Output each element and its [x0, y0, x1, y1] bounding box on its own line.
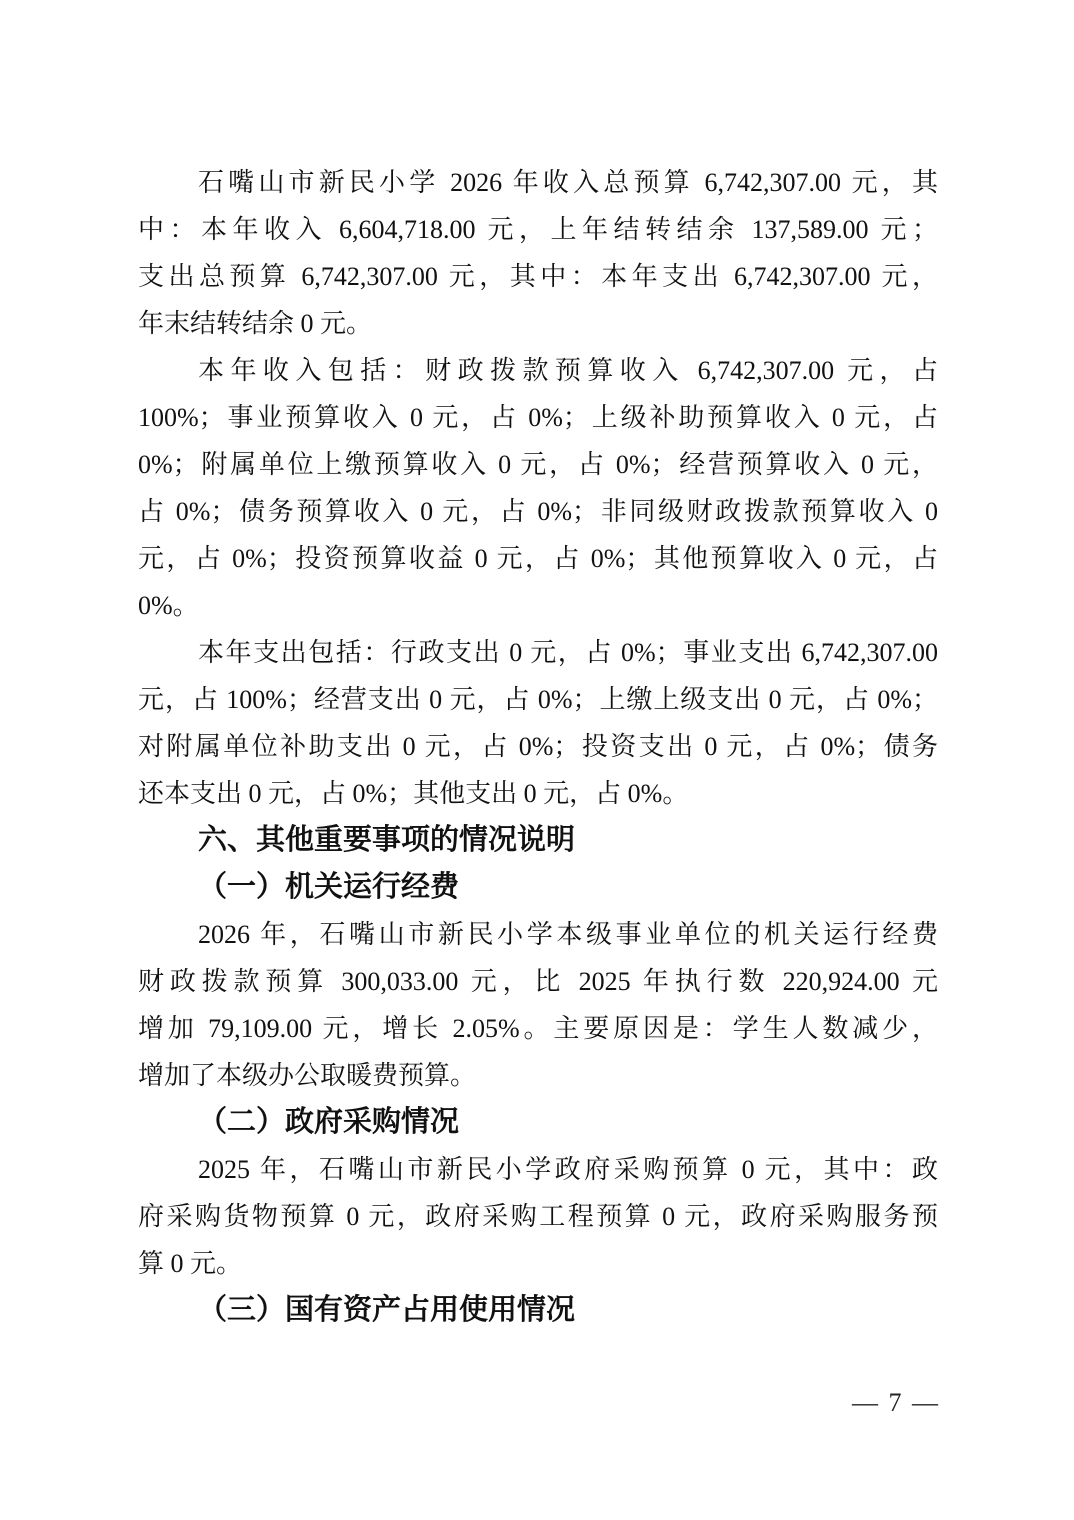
text-line: 增加 79,109.00 元，增长 2.05%。主要原因是：学生人数减少，: [138, 1005, 938, 1052]
text-line: 年末结转结余 0 元。: [138, 300, 938, 347]
text-line: 100%；事业预算收入 0 元，占 0%；上级补助预算收入 0 元，占: [138, 394, 938, 441]
text-line: 支出总预算 6,742,307.00 元，其中：本年支出 6,742,307.0…: [138, 253, 938, 300]
section-heading-other-important-matters: 六、其他重要事项的情况说明: [138, 817, 938, 864]
paragraph-expenditure-breakdown: 本年支出包括：行政支出 0 元，占 0%；事业支出 6,742,307.00元，…: [138, 629, 938, 817]
text-line: 算 0 元。: [138, 1240, 938, 1287]
subsection-heading-state-owned-assets: （三）国有资产占用使用情况: [138, 1287, 938, 1334]
text-line: 还本支出 0 元，占 0%；其他支出 0 元，占 0%。: [138, 770, 938, 817]
text-line: （三）国有资产占用使用情况: [138, 1287, 938, 1334]
paragraph-budget-totals: 石嘴山市新民小学 2026 年收入总预算 6,742,307.00 元，其中：本…: [138, 159, 938, 347]
text-line: 元，占 0%；投资预算收益 0 元，占 0%；其他预算收入 0 元，占: [138, 535, 938, 582]
text-line: 占 0%；债务预算收入 0 元，占 0%；非同级财政拨款预算收入 0: [138, 488, 938, 535]
text-line: 0%；附属单位上缴预算收入 0 元，占 0%；经营预算收入 0 元，: [138, 441, 938, 488]
paragraph-operating-expenses: 2026 年，石嘴山市新民小学本级事业单位的机关运行经费财政拨款预算 300,0…: [138, 911, 938, 1099]
text-line: 元，占 100%；经营支出 0 元，占 0%；上缴上级支出 0 元，占 0%；: [138, 676, 938, 723]
document-body: 石嘴山市新民小学 2026 年收入总预算 6,742,307.00 元，其中：本…: [138, 159, 938, 1334]
paragraph-government-procurement: 2025 年，石嘴山市新民小学政府采购预算 0 元，其中：政府采购货物预算 0 …: [138, 1146, 938, 1287]
text-line: 财政拨款预算 300,033.00 元，比 2025 年执行数 220,924.…: [138, 958, 938, 1005]
text-line: 2026 年，石嘴山市新民小学本级事业单位的机关运行经费: [138, 911, 938, 958]
text-line: 增加了本级办公取暖费预算。: [138, 1052, 938, 1099]
text-line: 对附属单位补助支出 0 元，占 0%；投资支出 0 元，占 0%；债务: [138, 723, 938, 770]
subsection-heading-government-procurement: （二）政府采购情况: [138, 1099, 938, 1146]
text-line: 六、其他重要事项的情况说明: [138, 817, 938, 864]
document-page: 石嘴山市新民小学 2026 年收入总预算 6,742,307.00 元，其中：本…: [0, 0, 1074, 1520]
subsection-heading-operating-expenses: （一）机关运行经费: [138, 864, 938, 911]
text-line: 石嘴山市新民小学 2026 年收入总预算 6,742,307.00 元，其: [138, 159, 938, 206]
text-line: 0%。: [138, 582, 938, 629]
text-line: （一）机关运行经费: [138, 864, 938, 911]
paragraph-income-breakdown: 本年收入包括：财政拨款预算收入 6,742,307.00 元，占100%；事业预…: [138, 347, 938, 629]
text-line: 府采购货物预算 0 元，政府采购工程预算 0 元，政府采购服务预: [138, 1193, 938, 1240]
text-line: 2025 年，石嘴山市新民小学政府采购预算 0 元，其中：政: [138, 1146, 938, 1193]
text-line: 中：本年收入 6,604,718.00 元，上年结转结余 137,589.00 …: [138, 206, 938, 253]
text-line: 本年收入包括：财政拨款预算收入 6,742,307.00 元，占: [138, 347, 938, 394]
text-line: （二）政府采购情况: [138, 1099, 938, 1146]
page-number: — 7 —: [852, 1386, 940, 1420]
text-line: 本年支出包括：行政支出 0 元，占 0%；事业支出 6,742,307.00: [138, 629, 938, 676]
